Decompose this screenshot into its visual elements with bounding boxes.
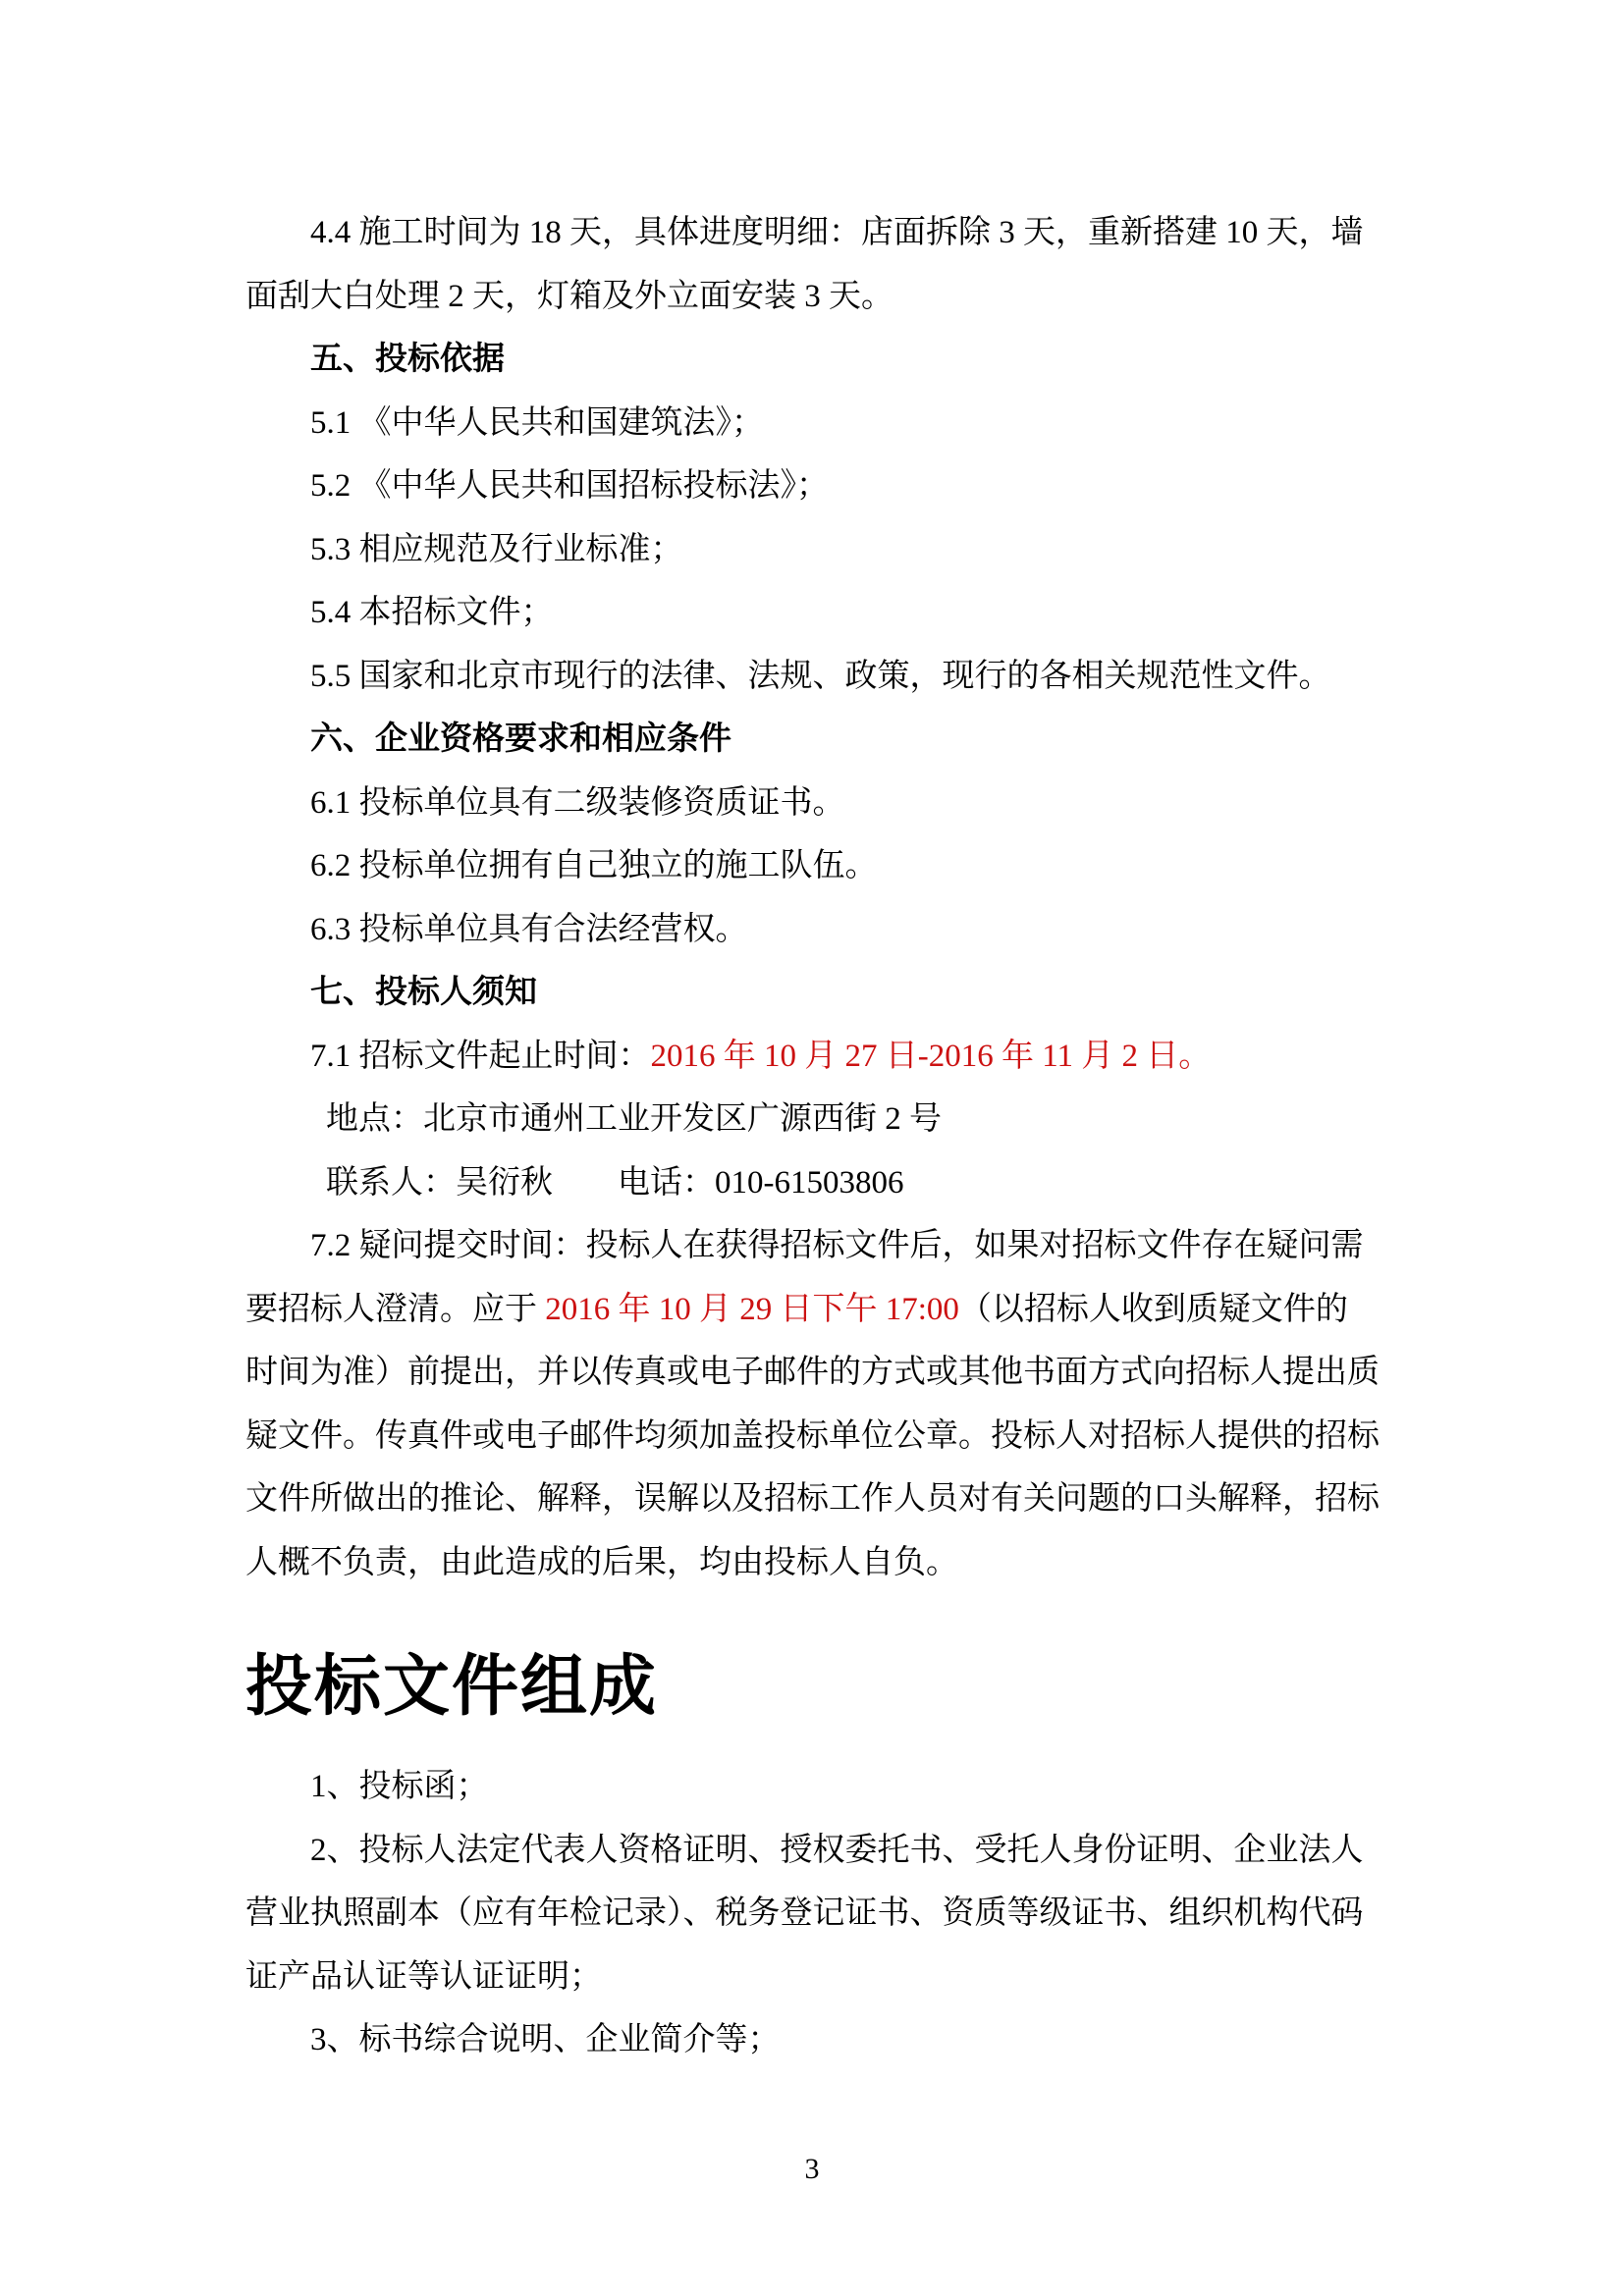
chapter-item-1: 1、投标函； xyxy=(245,1755,1379,1819)
contact-line: 联系人：吴衍秋电话：010-61503806 xyxy=(245,1151,1379,1215)
section-heading-5: 五、投标依据 xyxy=(245,328,1379,392)
page-number: 3 xyxy=(805,2153,820,2185)
item-6-3: 6.3 投标单位具有合法经营权。 xyxy=(245,898,1379,962)
item-7-2-line-3: 时间为准）前提出，并以传真或电子邮件的方式或其他书面方式向招标人提出质 xyxy=(245,1341,1379,1405)
section-heading-7: 七、投标人须知 xyxy=(245,961,1379,1025)
item-7-2-line-1: 7.2 疑问提交时间：投标人在获得招标文件后，如果对招标文件存在疑问需 xyxy=(245,1214,1379,1278)
chapter-item-2-line-3: 证产品认证等认证证明； xyxy=(245,1946,1379,2009)
clause-4-4-line-2: 面刮大白处理 2 天，灯箱及外立面安装 3 天。 xyxy=(245,265,1379,329)
chapter-body: 1、投标函； 2、投标人法定代表人资格证明、授权委托书、受托人身份证明、企业法人… xyxy=(245,1755,1379,2072)
item-7-2-line-6: 人概不负责，由此造成的后果，均由投标人自负。 xyxy=(245,1531,1379,1595)
item-7-1-label: 7.1 招标文件起止时间： xyxy=(310,1039,651,1074)
item-7-1-date-range: 2016 年 10 月 27 日-2016 年 11 月 2 日。 xyxy=(651,1039,1212,1074)
chapter-item-2-line-2: 营业执照副本（应有年检记录）、税务登记证书、资质等级证书、组织机构代码 xyxy=(245,1882,1379,1946)
item-5-2: 5.2 《中华人民共和国招标投标法》； xyxy=(245,454,1379,518)
location-line: 地点：北京市通州工业开发区广源西街 2 号 xyxy=(245,1088,1379,1151)
item-7-2-line-2-pre: 要招标人澄清。应于 xyxy=(245,1292,545,1327)
contact-person: 联系人：吴衍秋 xyxy=(326,1165,553,1201)
section-heading-6: 六、企业资格要求和相应条件 xyxy=(245,708,1379,772)
item-7-2-line-4: 疑文件。传真件或电子邮件均须加盖投标单位公章。投标人对招标人提供的招标 xyxy=(245,1405,1379,1468)
item-7-2-line-2: 要招标人澄清。应于 2016 年 10 月 29 日下午 17:00（以招标人收… xyxy=(245,1278,1379,1342)
chapter-item-3: 3、标书综合说明、企业简介等； xyxy=(245,2008,1379,2072)
item-5-5: 5.5 国家和北京市现行的法律、法规、政策，现行的各相关规范性文件。 xyxy=(245,645,1379,709)
item-7-1: 7.1 招标文件起止时间：2016 年 10 月 27 日-2016 年 11 … xyxy=(245,1025,1379,1089)
clause-4-4-line-1: 4.4 施工时间为 18 天，具体进度明细：店面拆除 3 天，重新搭建 10 天… xyxy=(245,201,1379,265)
item-6-1: 6.1 投标单位具有二级装修资质证书。 xyxy=(245,772,1379,835)
contact-phone: 电话：010-61503806 xyxy=(618,1165,904,1201)
item-5-4: 5.4 本招标文件； xyxy=(245,581,1379,645)
item-6-2: 6.2 投标单位拥有自己独立的施工队伍。 xyxy=(245,834,1379,898)
item-5-3: 5.3 相应规范及行业标准； xyxy=(245,518,1379,582)
item-7-2-line-5: 文件所做出的推论、解释，误解以及招标工作人员对有关问题的口头解释，招标 xyxy=(245,1468,1379,1531)
page-footer: 3 xyxy=(0,2150,1624,2189)
document-body: 4.4 施工时间为 18 天，具体进度明细：店面拆除 3 天，重新搭建 10 天… xyxy=(245,201,1379,1594)
item-7-2-deadline: 2016 年 10 月 29 日下午 17:00 xyxy=(545,1292,959,1327)
item-7-2-line-2-post: （以招标人收到质疑文件的 xyxy=(959,1292,1348,1327)
chapter-title: 投标文件组成 xyxy=(245,1637,1379,1735)
document-page: 4.4 施工时间为 18 天，具体进度明细：店面拆除 3 天，重新搭建 10 天… xyxy=(0,0,1624,2296)
item-5-1: 5.1 《中华人民共和国建筑法》； xyxy=(245,392,1379,455)
chapter-item-2-line-1: 2、投标人法定代表人资格证明、授权委托书、受托人身份证明、企业法人 xyxy=(245,1819,1379,1883)
